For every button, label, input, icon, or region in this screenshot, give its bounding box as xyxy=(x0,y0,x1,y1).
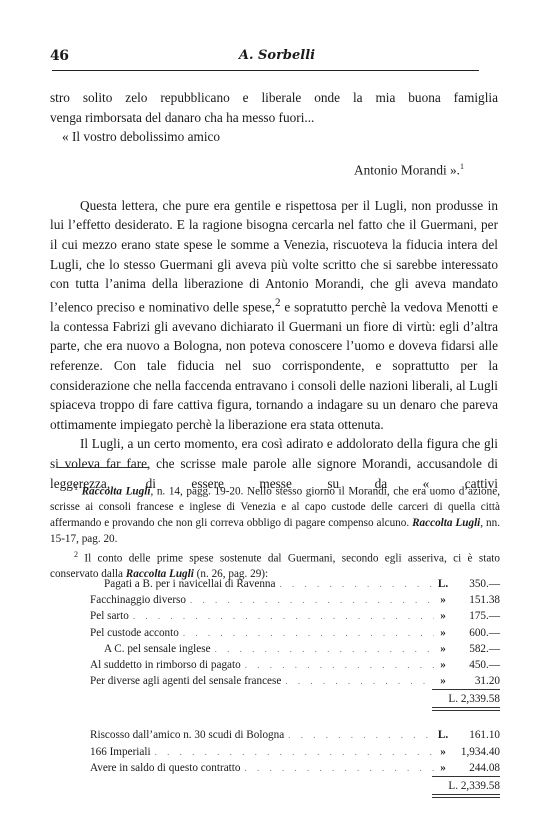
account-row: Al suddetto in rimborso di pagato. . . .… xyxy=(90,657,500,673)
currency-mark: » xyxy=(434,625,452,641)
header-rule xyxy=(52,70,479,71)
amount: 350.— xyxy=(452,576,500,592)
paragraph-1: Questa lettera, che pure era gentile e r… xyxy=(50,196,498,435)
footnotes: 1 Raccolta Lugli, n. 14, pagg. 19-20. Ne… xyxy=(50,480,500,583)
text-line: venga rimborsata del danaro cha ha messo… xyxy=(50,108,498,128)
currency-mark: L. xyxy=(434,576,452,592)
amount: 1,934.40 xyxy=(452,744,500,760)
leader-dots: . . . . . . . . . . . . . . . . . . . . … xyxy=(151,744,434,760)
account-row-label: A C. pel sensale inglese xyxy=(90,641,211,657)
paragraph-1-continued: e sopratutto perchè la vedova Menotti e … xyxy=(50,299,498,432)
account-row-label: Al suddetto in rimborso di pagato xyxy=(90,657,241,673)
leader-dots: . . . . . . . . . . . . . . . . . . . . … xyxy=(211,641,434,657)
signature: Antonio Morandi ».1 xyxy=(50,157,498,180)
receipts-total: L. 2,339.58 xyxy=(432,776,500,795)
leader-dots: . . . . . . . . . . . . . . . . . . . . … xyxy=(275,576,434,592)
currency-mark: » xyxy=(434,608,452,624)
leader-dots: . . . . . . . . . . . . . . . . . . . . … xyxy=(129,608,434,624)
currency-mark: L. xyxy=(434,727,452,743)
closing-quote: « Il vostro debolissimo amico xyxy=(50,127,498,147)
expenses-total: L. 2,339.58 xyxy=(432,689,500,708)
leader-dots: . . . . . . . . . . . . . . . . . . . . … xyxy=(186,592,434,608)
account-row: 166 Imperiali. . . . . . . . . . . . . .… xyxy=(90,744,500,760)
account-row-label: Per diverse agli agenti del sensale fran… xyxy=(90,673,281,689)
receipt-rows: Riscosso dall’amico n. 30 scudi di Bolog… xyxy=(90,727,500,776)
account-row-label: Pel custode acconto xyxy=(90,625,179,641)
account-row: Pel custode acconto. . . . . . . . . . .… xyxy=(90,625,500,641)
amount: 450.— xyxy=(452,657,500,673)
amount: 151.38 xyxy=(452,592,500,608)
account-row: A C. pel sensale inglese. . . . . . . . … xyxy=(90,641,500,657)
signature-name: Antonio Morandi ». xyxy=(354,162,460,177)
footnote-mark: 1 xyxy=(74,483,78,492)
currency-mark: » xyxy=(434,760,452,776)
account-row-label: 166 Imperiali xyxy=(90,744,151,760)
running-head: A. Sorbelli xyxy=(0,48,550,63)
currency-mark: » xyxy=(434,673,452,689)
source-title: Raccolta Lugli xyxy=(82,486,151,498)
double-rule xyxy=(432,794,500,798)
double-rule xyxy=(432,707,500,711)
double-rule-wrap xyxy=(90,707,500,711)
leader-dots: . . . . . . . . . . . . . . . . . . . . … xyxy=(284,727,434,743)
amount: 600.— xyxy=(452,625,500,641)
footnote-separator xyxy=(57,467,149,468)
amount: 244.08 xyxy=(452,760,500,776)
account-row: Avere in saldo di questo contratto. . . … xyxy=(90,760,500,776)
main-text: stro solito zelo repubblicano e liberale… xyxy=(50,88,498,493)
expenses-total-row: L. 2,339.58 xyxy=(90,689,500,707)
leader-dots: . . . . . . . . . . . . . . . . . . . . … xyxy=(240,760,434,776)
currency-mark: » xyxy=(434,744,452,760)
account-row: Pagati a B. per i navicellai di Ravenna.… xyxy=(90,576,500,592)
account-row-label: Pel sarto xyxy=(90,608,129,624)
leader-dots: . . . . . . . . . . . . . . . . . . . . … xyxy=(241,657,434,673)
section-gap xyxy=(90,711,500,727)
account-row: Riscosso dall’amico n. 30 scudi di Bolog… xyxy=(90,727,500,743)
leader-dots: . . . . . . . . . . . . . . . . . . . . … xyxy=(281,673,434,689)
text-line: stro solito zelo repubblicano e liberale… xyxy=(50,88,498,108)
account-row-label: Avere in saldo di questo contratto xyxy=(90,760,240,776)
account-row-label: Pagati a B. per i navicellai di Ravenna xyxy=(90,576,275,592)
paragraph-gap xyxy=(50,180,498,196)
account-row-label: Facchinaggio diverso xyxy=(90,592,186,608)
account-row: Pel sarto. . . . . . . . . . . . . . . .… xyxy=(90,608,500,624)
leader-dots: . . . . . . . . . . . . . . . . . . . . … xyxy=(179,625,434,641)
currency-mark: » xyxy=(434,592,452,608)
expense-account-table: Pagati a B. per i navicellai di Ravenna.… xyxy=(90,576,500,798)
source-title: Raccolta Lugli xyxy=(412,517,480,529)
expense-rows: Pagati a B. per i navicellai di Ravenna.… xyxy=(90,576,500,689)
currency-mark: » xyxy=(434,641,452,657)
account-row: Per diverse agli agenti del sensale fran… xyxy=(90,673,500,689)
receipts-total-row: L. 2,339.58 xyxy=(90,776,500,794)
amount: 582.— xyxy=(452,641,500,657)
footnote-ref-1: 1 xyxy=(460,162,464,171)
account-row: Facchinaggio diverso. . . . . . . . . . … xyxy=(90,592,500,608)
amount: 161.10 xyxy=(452,727,500,743)
amount: 31.20 xyxy=(452,673,500,689)
footnote-1: 1 Raccolta Lugli, n. 14, pagg. 19-20. Ne… xyxy=(50,480,500,547)
currency-mark: » xyxy=(434,657,452,673)
account-row-label: Riscosso dall’amico n. 30 scudi di Bolog… xyxy=(90,727,284,743)
double-rule-wrap xyxy=(90,794,500,798)
amount: 175.— xyxy=(452,608,500,624)
